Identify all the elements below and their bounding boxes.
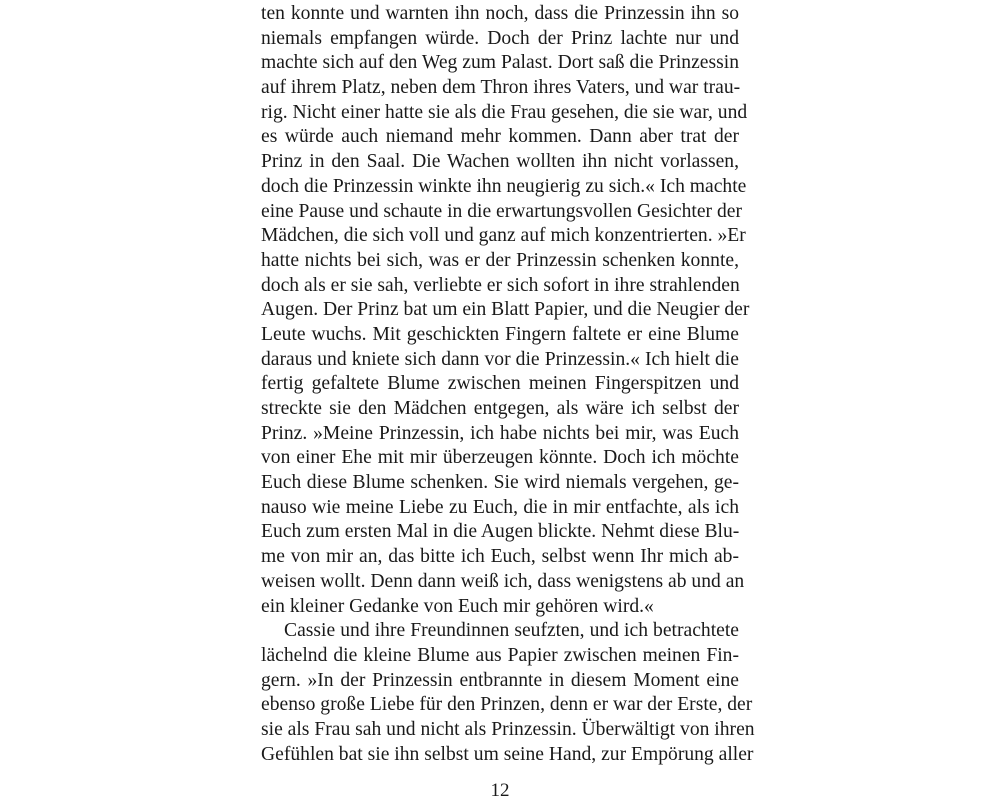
text-line: doch die Prinzessin winkte ihn neugierig… bbox=[261, 175, 739, 200]
text-line: sie als Frau sah und nicht als Prinzessi… bbox=[261, 718, 739, 743]
text-line: rig. Nicht einer hatte sie als die Frau … bbox=[261, 101, 739, 126]
text-line: eine Pause und schaute in die erwartungs… bbox=[261, 200, 739, 225]
text-line: Gefühlen bat sie ihn selbst um seine Han… bbox=[261, 743, 739, 768]
text-line: ten konnte und warnten ihn noch, dass di… bbox=[261, 2, 739, 27]
text-line: hatte nichts bei sich, was er der Prinze… bbox=[261, 249, 739, 274]
text-line: Cassie und ihre Freundinnen seufzten, un… bbox=[261, 619, 739, 644]
text-line: machte sich auf den Weg zum Palast. Dort… bbox=[261, 51, 739, 76]
text-line: nauso wie meine Liebe zu Euch, die in mi… bbox=[261, 496, 739, 521]
text-line: gern. »In der Prinzessin entbrannte in d… bbox=[261, 669, 739, 694]
text-line: Euch zum ersten Mal in die Augen blickte… bbox=[261, 520, 739, 545]
paragraph-1: ten konnte und warnten ihn noch, dass di… bbox=[261, 2, 739, 619]
text-line: auf ihrem Platz, neben dem Thron ihres V… bbox=[261, 76, 739, 101]
text-line: Prinz. »Meine Prinzessin, ich habe nicht… bbox=[261, 422, 739, 447]
page-body-text: ten konnte und warnten ihn noch, dass di… bbox=[261, 2, 739, 767]
text-line: weisen wollt. Denn dann weiß ich, dass w… bbox=[261, 570, 739, 595]
text-line: me von mir an, das bitte ich Euch, selbs… bbox=[261, 545, 739, 570]
text-line: Augen. Der Prinz bat um ein Blatt Papier… bbox=[261, 298, 739, 323]
text-line: daraus und kniete sich dann vor die Prin… bbox=[261, 348, 739, 373]
text-line: lächelnd die kleine Blume aus Papier zwi… bbox=[261, 644, 739, 669]
text-line: Leute wuchs. Mit geschickten Fingern fal… bbox=[261, 323, 739, 348]
text-line: Mädchen, die sich voll und ganz auf mich… bbox=[261, 224, 739, 249]
text-line: niemals empfangen würde. Doch der Prinz … bbox=[261, 27, 739, 52]
text-line: es würde auch niemand mehr kommen. Dann … bbox=[261, 125, 739, 150]
text-line: doch als er sie sah, verliebte er sich s… bbox=[261, 274, 739, 299]
text-line: von einer Ehe mit mir überzeugen könnte.… bbox=[261, 446, 739, 471]
text-line: ebenso große Liebe für den Prinzen, denn… bbox=[261, 693, 739, 718]
paragraph-2: Cassie und ihre Freundinnen seufzten, un… bbox=[261, 619, 739, 767]
text-line: ein kleiner Gedanke von Euch mir gehören… bbox=[261, 595, 739, 620]
text-line: streckte sie den Mädchen entgegen, als w… bbox=[261, 397, 739, 422]
text-line: fertig gefaltete Blume zwischen meinen F… bbox=[261, 372, 739, 397]
text-line: Prinz in den Saal. Die Wachen wollten ih… bbox=[261, 150, 739, 175]
text-line: Euch diese Blume schenken. Sie wird niem… bbox=[261, 471, 739, 496]
page-number: 12 bbox=[0, 780, 1000, 800]
